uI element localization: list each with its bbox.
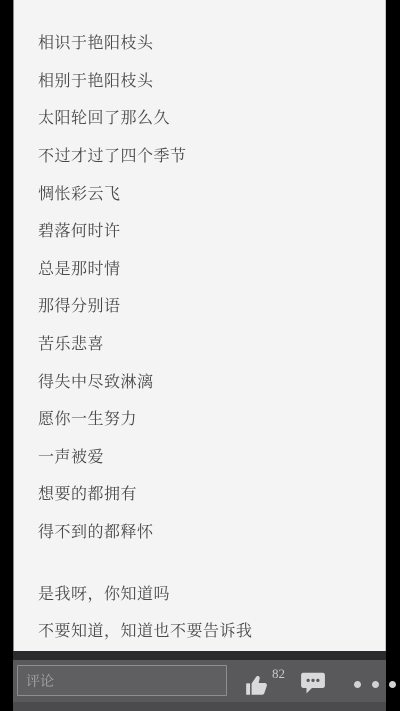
poem-line: 碧落何时许 — [38, 211, 365, 249]
thumbs-up-icon — [244, 672, 270, 698]
ellipsis-icon — [389, 681, 396, 688]
comments-button[interactable] — [300, 669, 326, 695]
poem-line: 得失中尽致淋漓 — [38, 361, 365, 399]
poem-line: 愿你一生努力 — [38, 399, 365, 437]
poem-line: 太阳轮回了那么久 — [38, 98, 365, 136]
poem-outro-line: 不要知道，知道也不要告诉我 — [38, 611, 365, 649]
poem-line: 总是那时情 — [38, 249, 365, 287]
content-toolbar-divider — [13, 651, 386, 660]
like-count: 82 — [272, 666, 285, 682]
poem-line: 相识于艳阳枝头 — [38, 23, 365, 61]
app-screen: { "page": { "bg_color": "#000000", "pane… — [0, 0, 400, 711]
like-button[interactable]: 82 — [244, 666, 296, 704]
bottom-toolbar: 82 — [13, 660, 386, 711]
more-options-button[interactable] — [354, 678, 396, 690]
poem-line: 那得分别语 — [38, 286, 365, 324]
poem-outro-line: 是我呀，你知道吗 — [38, 573, 365, 611]
ellipsis-icon — [354, 681, 361, 688]
poem-line: 想要的都拥有 — [38, 474, 365, 512]
poem-line: 不过才过了四个季节 — [38, 136, 365, 174]
speech-bubble-icon — [300, 669, 326, 695]
reading-panel: 相识于艳阳枝头 相别于艳阳枝头 太阳轮回了那么久 不过才过了四个季节 惆怅彩云飞… — [13, 0, 386, 651]
comment-input[interactable] — [17, 665, 227, 696]
poem-text: 相识于艳阳枝头 相别于艳阳枝头 太阳轮回了那么久 不过才过了四个季节 惆怅彩云飞… — [14, 0, 385, 649]
ellipsis-icon — [372, 681, 379, 688]
poem-line: 惆怅彩云飞 — [38, 173, 365, 211]
poem-line: 相别于艳阳枝头 — [38, 61, 365, 99]
poem-line: 得不到的都释怀 — [38, 512, 365, 550]
poem-line: 苦乐悲喜 — [38, 324, 365, 362]
poem-line: 一声被爱 — [38, 437, 365, 475]
